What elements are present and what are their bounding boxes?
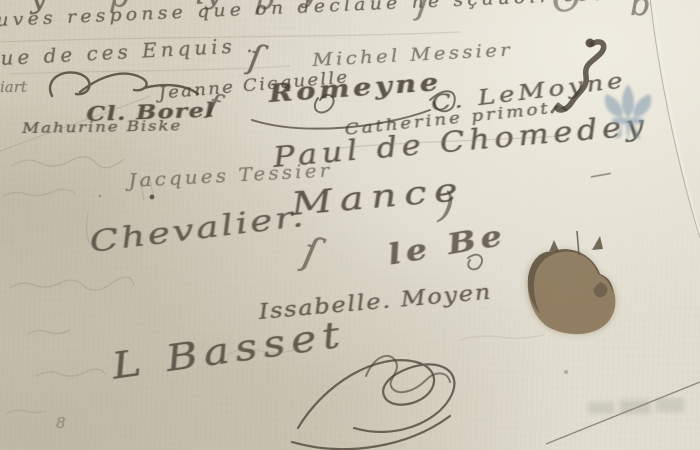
fleur-de-lis-stamp [605, 84, 651, 141]
ink-blot [526, 231, 617, 335]
manuscript-photo: yplypyſObuves response que on declaué ne… [0, 0, 700, 450]
ink-marks-overlay [0, 0, 700, 450]
ribbon-ink-mark [552, 39, 604, 113]
paraph-flourish [50, 72, 198, 96]
le-be-flourish [468, 255, 482, 270]
paper-specks [99, 195, 568, 374]
faint-stamp-mark [588, 398, 684, 414]
romeyne-flourish [252, 91, 455, 128]
basset-paraph [292, 360, 454, 449]
